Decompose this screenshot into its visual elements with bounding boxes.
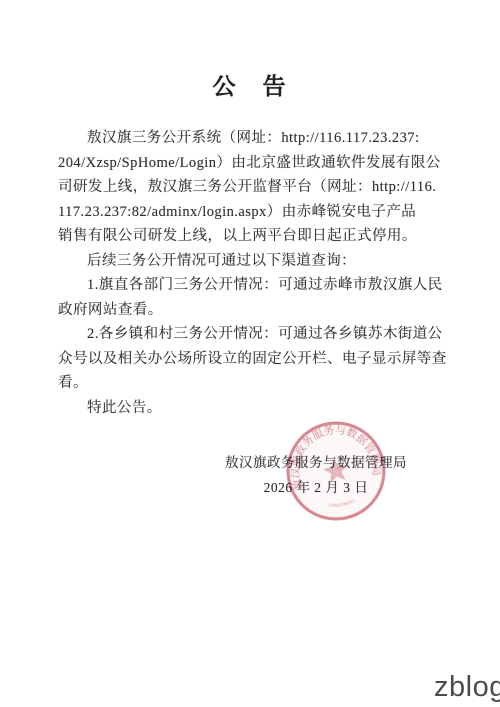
notice-body: 敖汉旗三务公开系统（网址：http://116.117.23.237:204/X… (58, 126, 442, 420)
notice-line: 后续三务公开情况可通过以下渠道查询： (58, 249, 442, 274)
notice-line: 众号以及相关办公场所设立的固定公开栏、电子显示屏等查 (58, 347, 442, 372)
notice-title: 公 告 (0, 68, 500, 101)
notice-line: 看。 (58, 371, 442, 396)
watermark-zblog: zblog (434, 671, 500, 704)
official-seal-stamp: 敖汉旗政务服务与数据管理局 1504251000321 (277, 412, 395, 530)
notice-line: 特此公告。 (58, 396, 442, 421)
notice-line: 2.各乡镇和村三务公开情况：可通过各乡镇苏木街道公 (58, 322, 442, 347)
notice-line: 销售有限公司研发上线，以上两平台即日起正式停用。 (58, 224, 442, 249)
notice-document: 公 告 敖汉旗三务公开系统（网址：http://116.117.23.237:2… (0, 0, 500, 707)
notice-line: 政府网站查看。 (58, 298, 442, 323)
notice-line: 敖汉旗三务公开系统（网址：http://116.117.23.237: (58, 126, 442, 151)
notice-line: 117.23.237:82/adminx/login.aspx）由赤峰锐安电子产… (58, 200, 442, 225)
notice-line: 1.旗直各部门三务公开情况：可通过赤峰市敖汉旗人民 (58, 273, 442, 298)
notice-line: 204/Xzsp/SpHome/Login）由北京盛世政通软件发展有限公 (58, 151, 442, 176)
notice-line: 司研发上线，敖汉旗三务公开监督平台（网址：http://116. (58, 175, 442, 200)
